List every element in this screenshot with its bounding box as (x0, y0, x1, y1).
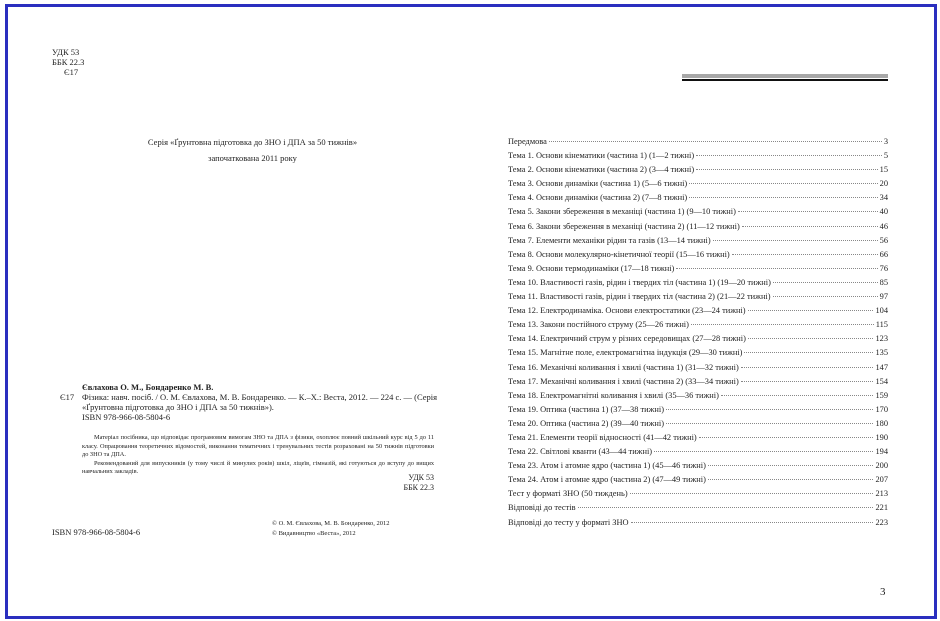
toc-entry[interactable]: Тема 20. Оптика (частина 2) (39—40 тижні… (508, 419, 888, 433)
dot-leader (732, 254, 878, 255)
toc-entry-title: Тема 22. Світлові кванти (43—44 тижні) (508, 447, 652, 456)
toc-entry-title: Передмова (508, 137, 547, 146)
isbn: ISBN 978-966-08-5804-6 (52, 527, 140, 537)
bbk-code: ББК 22.3 (52, 57, 84, 67)
toc-entry[interactable]: Тема 8. Основи молекулярно-кінетичної те… (508, 250, 888, 264)
toc-entry-page: 159 (875, 391, 888, 400)
toc-entry-title: Тема 16. Механічні коливання і хвилі (ча… (508, 363, 739, 372)
toc-entry[interactable]: Тема 21. Елементи теорії відносності (41… (508, 433, 888, 447)
authors: Євлахова О. М., Бондаренко М. В. (60, 382, 440, 392)
toc-entry-page: 207 (875, 475, 888, 484)
toc-entry-page: 97 (880, 292, 888, 301)
toc-entry[interactable]: Відповіді до тестів221 (508, 503, 888, 517)
copyright-block: © О. М. Євлахова, М. В. Бондаренко, 2012… (272, 519, 390, 539)
dot-leader (708, 479, 874, 480)
dot-leader (691, 324, 874, 325)
copyright-publisher: © Видавництво «Веста», 2012 (272, 529, 390, 539)
toc-entry[interactable]: Тема 7. Елементи механіки рідин та газів… (508, 236, 888, 250)
biblio-line-2: «Ґрунтовна підготовка до ЗНО і ДПА за 50… (60, 402, 440, 412)
dot-leader (666, 423, 873, 424)
toc-entry-title: Тема 19. Оптика (частина 1) (37—38 тижні… (508, 405, 664, 414)
toc-entry-page: 154 (875, 377, 888, 386)
toc-entry-page: 66 (880, 250, 888, 259)
header-rule-dark (682, 79, 888, 81)
toc-entry[interactable]: Тема 5. Закони збереження в механіці (ча… (508, 207, 888, 221)
toc-entry-title: Відповіді до тестів (508, 503, 576, 512)
toc-entry[interactable]: Тема 12. Електродинаміка. Основи електро… (508, 306, 888, 320)
dot-leader (699, 437, 874, 438)
toc-entry-title: Тема 7. Елементи механіки рідин та газів… (508, 236, 711, 245)
annotation: Матеріал посібника, що відповідає програ… (82, 434, 434, 477)
toc-entry-title: Тема 9. Основи термодинаміки (17—18 тижн… (508, 264, 674, 273)
toc-entry-page: 135 (875, 348, 888, 357)
toc-entry-page: 180 (875, 419, 888, 428)
page-number: 3 (880, 586, 886, 598)
toc-entry-page: 194 (875, 447, 888, 456)
toc-entry-title: Тема 12. Електродинаміка. Основи електро… (508, 306, 746, 315)
toc-entry-page: 46 (880, 222, 888, 231)
toc-entry-title: Тема 18. Електромагнітні коливання і хви… (508, 391, 719, 400)
toc-entry-title: Тест у форматі ЗНО (50 тиждень) (508, 489, 628, 498)
toc-entry-title: Тема 23. Атом і атомне ядро (частина 1) … (508, 461, 706, 470)
toc-entry-page: 170 (875, 405, 888, 414)
bibliographic-record: Євлахова О. М., Бондаренко М. В. Є17 Фіз… (60, 382, 440, 422)
series-line-1: Серія «Ґрунтовна підготовка до ЗНО і ДПА… (120, 134, 385, 150)
toc-entry[interactable]: Тема 6. Закони збереження в механіці (ча… (508, 222, 888, 236)
series-title: Серія «Ґрунтовна підготовка до ЗНО і ДПА… (120, 134, 385, 166)
toc-entry-page: 56 (880, 236, 888, 245)
dot-leader (708, 465, 874, 466)
toc-entry-page: 104 (875, 306, 888, 315)
toc-entry-title: Тема 15. Магнітне поле, електромагнітна … (508, 348, 742, 357)
series-line-2: започаткована 2011 року (120, 150, 385, 166)
toc-entry[interactable]: Тема 11. Властивості газів, рідин і твер… (508, 292, 888, 306)
toc-entry-page: 123 (875, 334, 888, 343)
dot-leader (741, 367, 874, 368)
toc-entry-title: Відповіді до тесту у форматі ЗНО (508, 518, 629, 527)
dot-leader (713, 240, 878, 241)
toc-entry-title: Тема 6. Закони збереження в механіці (ча… (508, 222, 740, 231)
toc-entry-page: 200 (875, 461, 888, 470)
toc-entry-title: Тема 3. Основи динаміки (частина 1) (5—6… (508, 179, 687, 188)
toc-entry[interactable]: Тема 18. Електромагнітні коливання і хви… (508, 391, 888, 405)
toc-entry-title: Тема 5. Закони збереження в механіці (ча… (508, 207, 736, 216)
toc-entry-title: Тема 10. Властивості газів, рідин і твер… (508, 278, 771, 287)
dot-leader (748, 310, 874, 311)
toc-entry-title: Тема 13. Закони постійного струму (25—26… (508, 320, 689, 329)
toc-entry[interactable]: Передмова3 (508, 137, 888, 151)
udk-block: УДК 53 ББК 22.3 Є17 (52, 47, 84, 77)
copyright-authors: © О. М. Євлахова, М. В. Бондаренко, 2012 (272, 519, 390, 529)
udk-bottom-code: УДК 53 (380, 473, 434, 483)
dot-leader (741, 381, 874, 382)
dot-leader (744, 352, 873, 353)
dot-leader (689, 183, 877, 184)
toc-entry-page: 20 (880, 179, 888, 188)
toc-entry[interactable]: Тема 23. Атом і атомне ядро (частина 1) … (508, 461, 888, 475)
toc-entry-title: Тема 20. Оптика (частина 2) (39—40 тижні… (508, 419, 664, 428)
dot-leader (748, 338, 874, 339)
toc-entry[interactable]: Тема 24. Атом і атомне ядро (частина 2) … (508, 475, 888, 489)
toc-entry-page: 3 (884, 137, 888, 146)
toc-entry[interactable]: Тема 9. Основи термодинаміки (17—18 тижн… (508, 264, 888, 278)
toc-entry[interactable]: Тема 16. Механічні коливання і хвилі (ча… (508, 363, 888, 377)
header-rule-gray (682, 74, 888, 78)
toc-entry[interactable]: Тема 1. Основи кінематики (частина 1) (1… (508, 151, 888, 165)
author-mark-code: Є17 (60, 392, 82, 402)
dot-leader (696, 169, 877, 170)
toc-entry-page: 15 (880, 165, 888, 174)
toc-entry[interactable]: Тема 4. Основи динаміки (частина 2) (7—8… (508, 193, 888, 207)
toc-entry[interactable]: Тема 19. Оптика (частина 1) (37—38 тижні… (508, 405, 888, 419)
toc-entry-page: 5 (884, 151, 888, 160)
toc-entry[interactable]: Тест у форматі ЗНО (50 тиждень)213 (508, 489, 888, 503)
dot-leader (549, 141, 882, 142)
toc-entry[interactable]: Тема 13. Закони постійного струму (25—26… (508, 320, 888, 334)
toc-entry-page: 34 (880, 193, 888, 202)
toc-entry-page: 221 (875, 503, 888, 512)
toc-entry[interactable]: Тема 17. Механічні коливання і хвилі (ча… (508, 377, 888, 391)
toc-entry[interactable]: Тема 10. Властивості газів, рідин і твер… (508, 278, 888, 292)
toc-entry[interactable]: Відповіді до тесту у форматі ЗНО223 (508, 518, 888, 532)
toc-entry-page: 190 (875, 433, 888, 442)
dot-leader (654, 451, 873, 452)
toc-entry[interactable]: Тема 3. Основи динаміки (частина 1) (5—6… (508, 179, 888, 193)
dot-leader (721, 395, 874, 396)
dot-leader (631, 522, 874, 523)
toc-entry-page: 40 (880, 207, 888, 216)
toc-entry-title: Тема 1. Основи кінематики (частина 1) (1… (508, 151, 694, 160)
toc-entry-title: Тема 2. Основи кінематики (частина 2) (3… (508, 165, 694, 174)
toc-entry-page: 76 (880, 264, 888, 273)
biblio-line-1: Фізика: навч. посіб. / О. М. Євлахова, М… (82, 392, 437, 402)
dot-leader (630, 493, 874, 494)
dot-leader (689, 197, 877, 198)
dot-leader (738, 211, 878, 212)
table-of-contents: Передмова3Тема 1. Основи кінематики (час… (508, 137, 888, 532)
bbk-bottom-code: ББК 22.3 (380, 483, 434, 493)
toc-entry-title: Тема 24. Атом і атомне ядро (частина 2) … (508, 475, 706, 484)
dot-leader (666, 409, 873, 410)
toc-entry-page: 223 (875, 518, 888, 527)
toc-entry[interactable]: Тема 15. Магнітне поле, електромагнітна … (508, 348, 888, 362)
toc-entry-page: 85 (880, 278, 888, 287)
toc-entry-title: Тема 14. Електричний струм у різних сере… (508, 334, 746, 343)
dot-leader (742, 226, 878, 227)
toc-entry-title: Тема 11. Властивості газів, рідин і твер… (508, 292, 771, 301)
dot-leader (676, 268, 877, 269)
toc-entry-page: 147 (875, 363, 888, 372)
dot-leader (578, 507, 874, 508)
toc-entry[interactable]: Тема 22. Світлові кванти (43—44 тижні)19… (508, 447, 888, 461)
toc-entry-title: Тема 21. Елементи теорії відносності (41… (508, 433, 697, 442)
toc-entry-page: 115 (876, 320, 888, 329)
dot-leader (773, 296, 878, 297)
biblio-isbn: ISBN 978-966-08-5804-6 (60, 412, 440, 422)
toc-entry-title: Тема 4. Основи динаміки (частина 2) (7—8… (508, 193, 687, 202)
toc-entry[interactable]: Тема 14. Електричний струм у різних сере… (508, 334, 888, 348)
udk-bottom: УДК 53 ББК 22.3 (380, 473, 434, 493)
annotation-paragraph-1: Матеріал посібника, що відповідає програ… (82, 434, 434, 460)
dot-leader (773, 282, 878, 283)
toc-entry-title: Тема 8. Основи молекулярно-кінетичної те… (508, 250, 730, 259)
udk-code: УДК 53 (52, 47, 84, 57)
author-mark: Є17 (52, 67, 84, 77)
dot-leader (696, 155, 882, 156)
toc-entry[interactable]: Тема 2. Основи кінематики (частина 2) (3… (508, 165, 888, 179)
toc-entry-page: 213 (875, 489, 888, 498)
toc-entry-title: Тема 17. Механічні коливання і хвилі (ча… (508, 377, 739, 386)
